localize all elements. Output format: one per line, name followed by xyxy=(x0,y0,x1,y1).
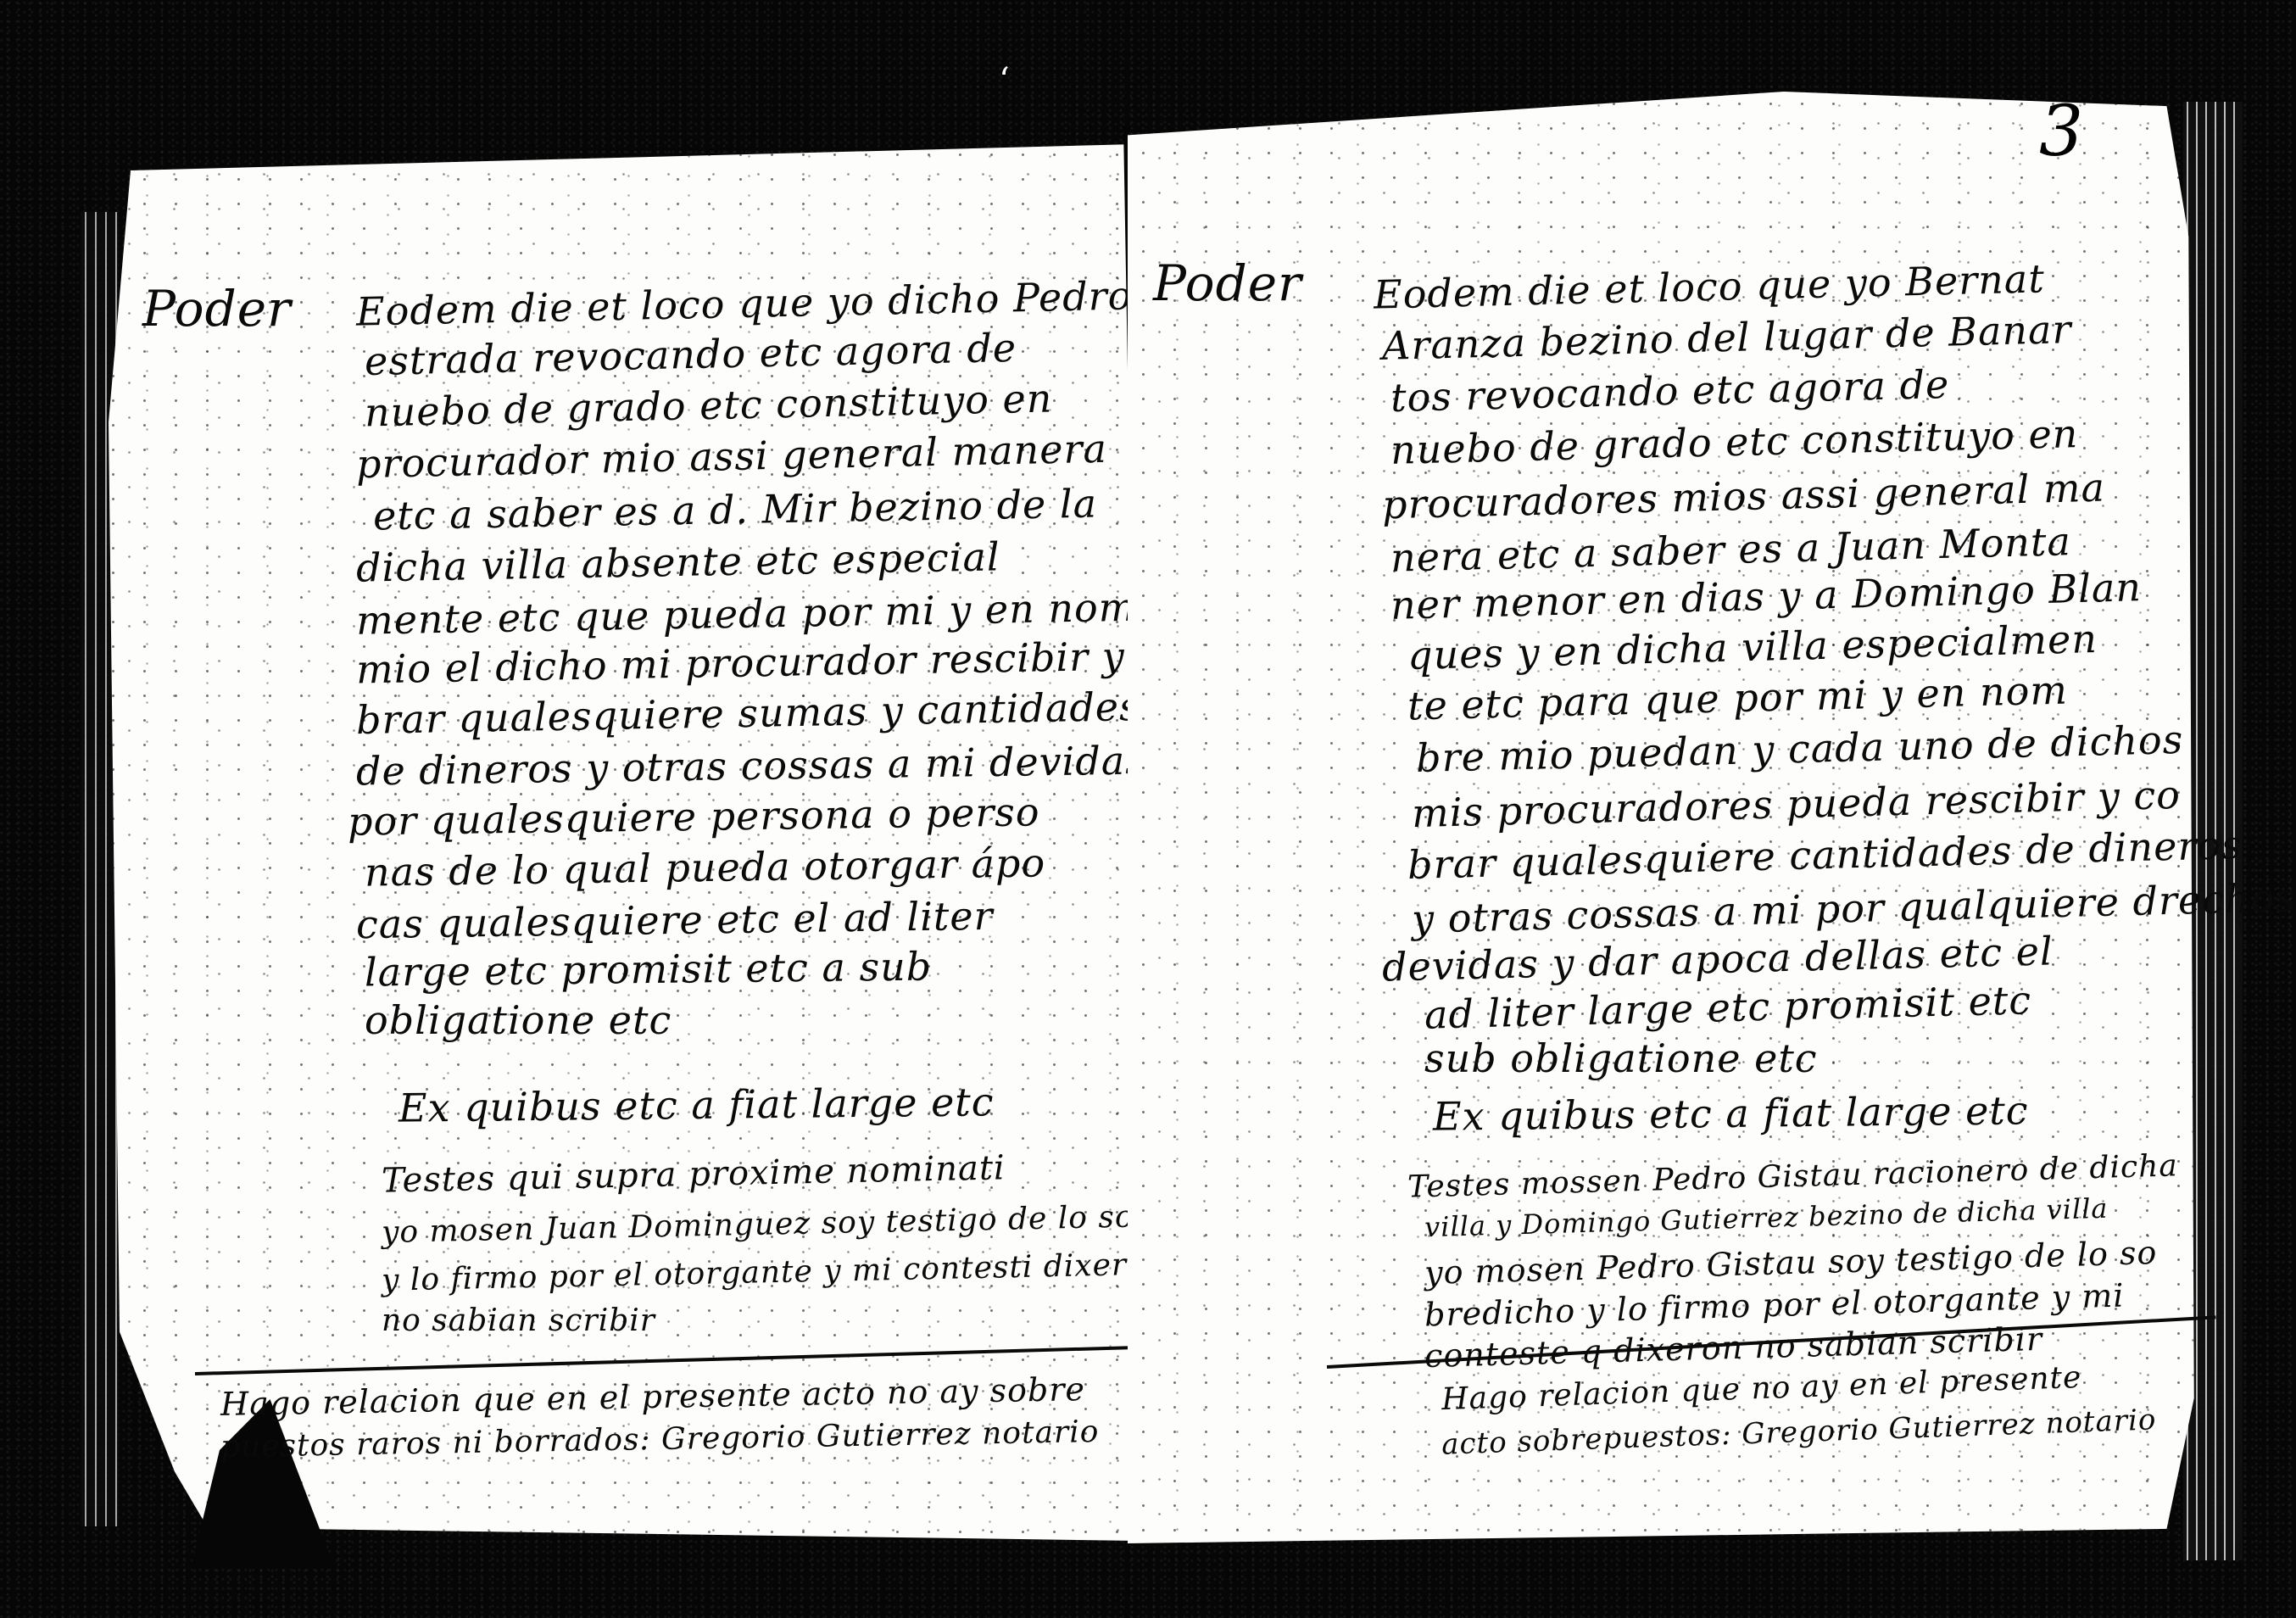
page-number: 3 xyxy=(2039,92,2083,172)
text-line: cas qualesquiere etc el ad liter xyxy=(356,896,994,944)
text-line: por qualesquiere persona o perso xyxy=(348,792,1040,840)
text-line: Ex quibus etc a fiat large etc xyxy=(1433,1091,2029,1135)
text-line: Ex quibus etc a fiat large etc xyxy=(398,1082,995,1127)
text-line: obligatione etc xyxy=(365,1001,672,1040)
top-center-mark: ‘ xyxy=(999,61,1010,100)
text-line: nas de lo qual pueda otorgar ápo xyxy=(365,843,1046,891)
text-line: large etc promisit etc a sub xyxy=(365,946,933,991)
text-line: etc a saber es a d. Mir bezino de la xyxy=(373,484,1098,536)
text-line: sub obligatione etc xyxy=(1424,1039,1818,1078)
witness-line: no sabian scribir xyxy=(382,1306,655,1336)
left-margin-label: Poder xyxy=(142,280,292,338)
text-line: de dineros y otras cossas a mi devidas xyxy=(356,740,1146,790)
text-line: dicha villa absente etc especial xyxy=(356,537,1000,587)
right-margin-label: Poder xyxy=(1153,254,1302,312)
